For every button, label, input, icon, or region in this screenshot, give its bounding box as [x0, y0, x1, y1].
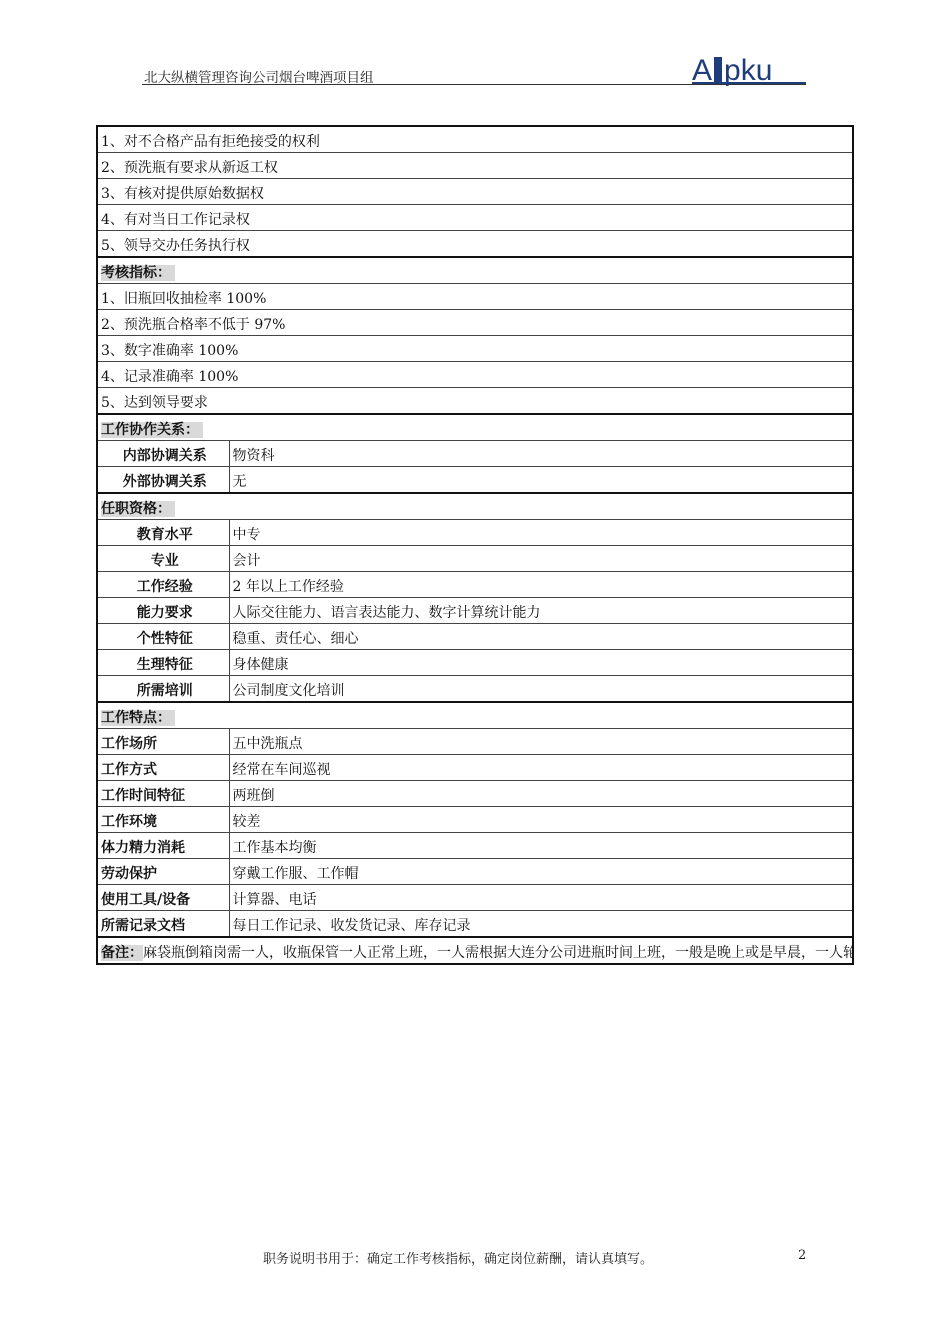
features-section-label: 工作特点： — [101, 710, 175, 726]
qualifications-row: 教育水平 中专 — [97, 520, 853, 546]
footer-text: 职务说明书用于：确定工作考核指标，确定岗位薪酬，请认真填写。 — [263, 1248, 653, 1267]
rights-item: 3、有核对提供原始数据权 — [97, 179, 853, 205]
features-value: 较差 — [229, 807, 853, 833]
note-label: 备注： — [101, 945, 143, 961]
features-key: 使用工具/设备 — [97, 885, 229, 911]
features-value: 计算器、电话 — [229, 885, 853, 911]
features-key: 劳动保护 — [97, 859, 229, 885]
features-key: 所需记录文档 — [97, 911, 229, 938]
qualifications-value: 稳重、责任心、细心 — [229, 624, 853, 650]
kpi-row: 3、数字准确率 100% — [97, 336, 853, 362]
relations-row: 内部协调关系 物资科 — [97, 441, 853, 467]
features-key: 工作环境 — [97, 807, 229, 833]
qualifications-value: 公司制度文化培训 — [229, 676, 853, 703]
kpi-item: 3、数字准确率 100% — [97, 336, 853, 362]
relations-value: 物资科 — [229, 441, 853, 467]
rights-item: 2、预洗瓶有要求从新返工权 — [97, 153, 853, 179]
qualifications-row: 工作经验 2 年以上工作经验 — [97, 572, 853, 598]
qualifications-value: 中专 — [229, 520, 853, 546]
qualifications-key: 专业 — [97, 546, 229, 572]
logo-underline — [692, 82, 806, 84]
qualifications-row: 专业 会计 — [97, 546, 853, 572]
qualifications-row: 个性特征 稳重、责任心、细心 — [97, 624, 853, 650]
kpi-item: 1、旧瓶回收抽检率 100% — [97, 284, 853, 310]
relations-row: 外部协调关系 无 — [97, 467, 853, 494]
qualifications-key: 个性特征 — [97, 624, 229, 650]
features-value: 穿戴工作服、工作帽 — [229, 859, 853, 885]
logo-bar-icon — [714, 57, 722, 83]
kpi-item: 5、达到领导要求 — [97, 388, 853, 415]
features-value: 每日工作记录、收发货记录、库存记录 — [229, 911, 853, 938]
note-cell: 备注：麻袋瓶倒箱岗需一人，收瓶保管一人正常上班，一人需根据大连分公司进瓶时间上班… — [97, 937, 853, 964]
features-row: 工作时间特征 两班倒 — [97, 781, 853, 807]
kpi-row: 4、记录准确率 100% — [97, 362, 853, 388]
kpi-item: 4、记录准确率 100% — [97, 362, 853, 388]
relations-key: 内部协调关系 — [97, 441, 229, 467]
features-value: 工作基本均衡 — [229, 833, 853, 859]
features-key: 工作场所 — [97, 729, 229, 755]
rights-item: 1、对不合格产品有拒绝接受的权利 — [97, 126, 853, 153]
qualifications-section-label: 任职资格： — [101, 501, 175, 517]
features-key: 工作方式 — [97, 755, 229, 781]
features-row: 工作场所 五中洗瓶点 — [97, 729, 853, 755]
kpi-section-label: 考核指标： — [101, 265, 175, 281]
rights-item: 5、领导交办任务执行权 — [97, 231, 853, 258]
relations-section-header: 工作协作关系： — [97, 414, 853, 441]
qualifications-row: 生理特征 身体健康 — [97, 650, 853, 676]
features-value: 五中洗瓶点 — [229, 729, 853, 755]
relations-value: 无 — [229, 467, 853, 494]
features-key: 工作时间特征 — [97, 781, 229, 807]
qualifications-key: 教育水平 — [97, 520, 229, 546]
qualifications-value: 身体健康 — [229, 650, 853, 676]
header-title: 北大纵横管理咨询公司烟台啤酒项目组 — [144, 66, 374, 86]
kpi-row: 1、旧瓶回收抽检率 100% — [97, 284, 853, 310]
rights-row: 3、有核对提供原始数据权 — [97, 179, 853, 205]
company-logo: A pku — [692, 50, 772, 86]
features-value: 经常在车间巡视 — [229, 755, 853, 781]
qualifications-value: 人际交往能力、语言表达能力、数字计算统计能力 — [229, 598, 853, 624]
features-row: 所需记录文档 每日工作记录、收发货记录、库存记录 — [97, 911, 853, 938]
relations-key: 外部协调关系 — [97, 467, 229, 494]
kpi-item: 2、预洗瓶合格率不低于 97% — [97, 310, 853, 336]
note-text: 麻袋瓶倒箱岗需一人，收瓶保管一人正常上班，一人需根据大连分公司进瓶时间上班，一般… — [143, 945, 853, 961]
qualifications-key: 生理特征 — [97, 650, 229, 676]
rights-row: 2、预洗瓶有要求从新返工权 — [97, 153, 853, 179]
qualifications-key: 工作经验 — [97, 572, 229, 598]
job-description-table: 1、对不合格产品有拒绝接受的权利 2、预洗瓶有要求从新返工权 3、有核对提供原始… — [96, 125, 854, 965]
features-row: 劳动保护 穿戴工作服、工作帽 — [97, 859, 853, 885]
relations-section-label: 工作协作关系： — [101, 422, 203, 438]
qualifications-row: 能力要求 人际交往能力、语言表达能力、数字计算统计能力 — [97, 598, 853, 624]
rights-row: 1、对不合格产品有拒绝接受的权利 — [97, 126, 853, 153]
qualifications-key: 能力要求 — [97, 598, 229, 624]
page-number: 2 — [798, 1248, 806, 1263]
features-row: 工作方式 经常在车间巡视 — [97, 755, 853, 781]
features-row: 工作环境 较差 — [97, 807, 853, 833]
note-row: 备注：麻袋瓶倒箱岗需一人，收瓶保管一人正常上班，一人需根据大连分公司进瓶时间上班… — [97, 937, 853, 964]
qualifications-value: 会计 — [229, 546, 853, 572]
rights-row: 5、领导交办任务执行权 — [97, 231, 853, 258]
kpi-row: 2、预洗瓶合格率不低于 97% — [97, 310, 853, 336]
features-row: 使用工具/设备 计算器、电话 — [97, 885, 853, 911]
rights-row: 4、有对当日工作记录权 — [97, 205, 853, 231]
features-value: 两班倒 — [229, 781, 853, 807]
kpi-section-header: 考核指标： — [97, 257, 853, 284]
qualifications-value: 2 年以上工作经验 — [229, 572, 853, 598]
rights-item: 4、有对当日工作记录权 — [97, 205, 853, 231]
qualifications-row: 所需培训 公司制度文化培训 — [97, 676, 853, 703]
qualifications-key: 所需培训 — [97, 676, 229, 703]
features-row: 体力精力消耗 工作基本均衡 — [97, 833, 853, 859]
features-section-header: 工作特点： — [97, 702, 853, 729]
features-key: 体力精力消耗 — [97, 833, 229, 859]
qualifications-section-header: 任职资格： — [97, 493, 853, 520]
kpi-row: 5、达到领导要求 — [97, 388, 853, 415]
